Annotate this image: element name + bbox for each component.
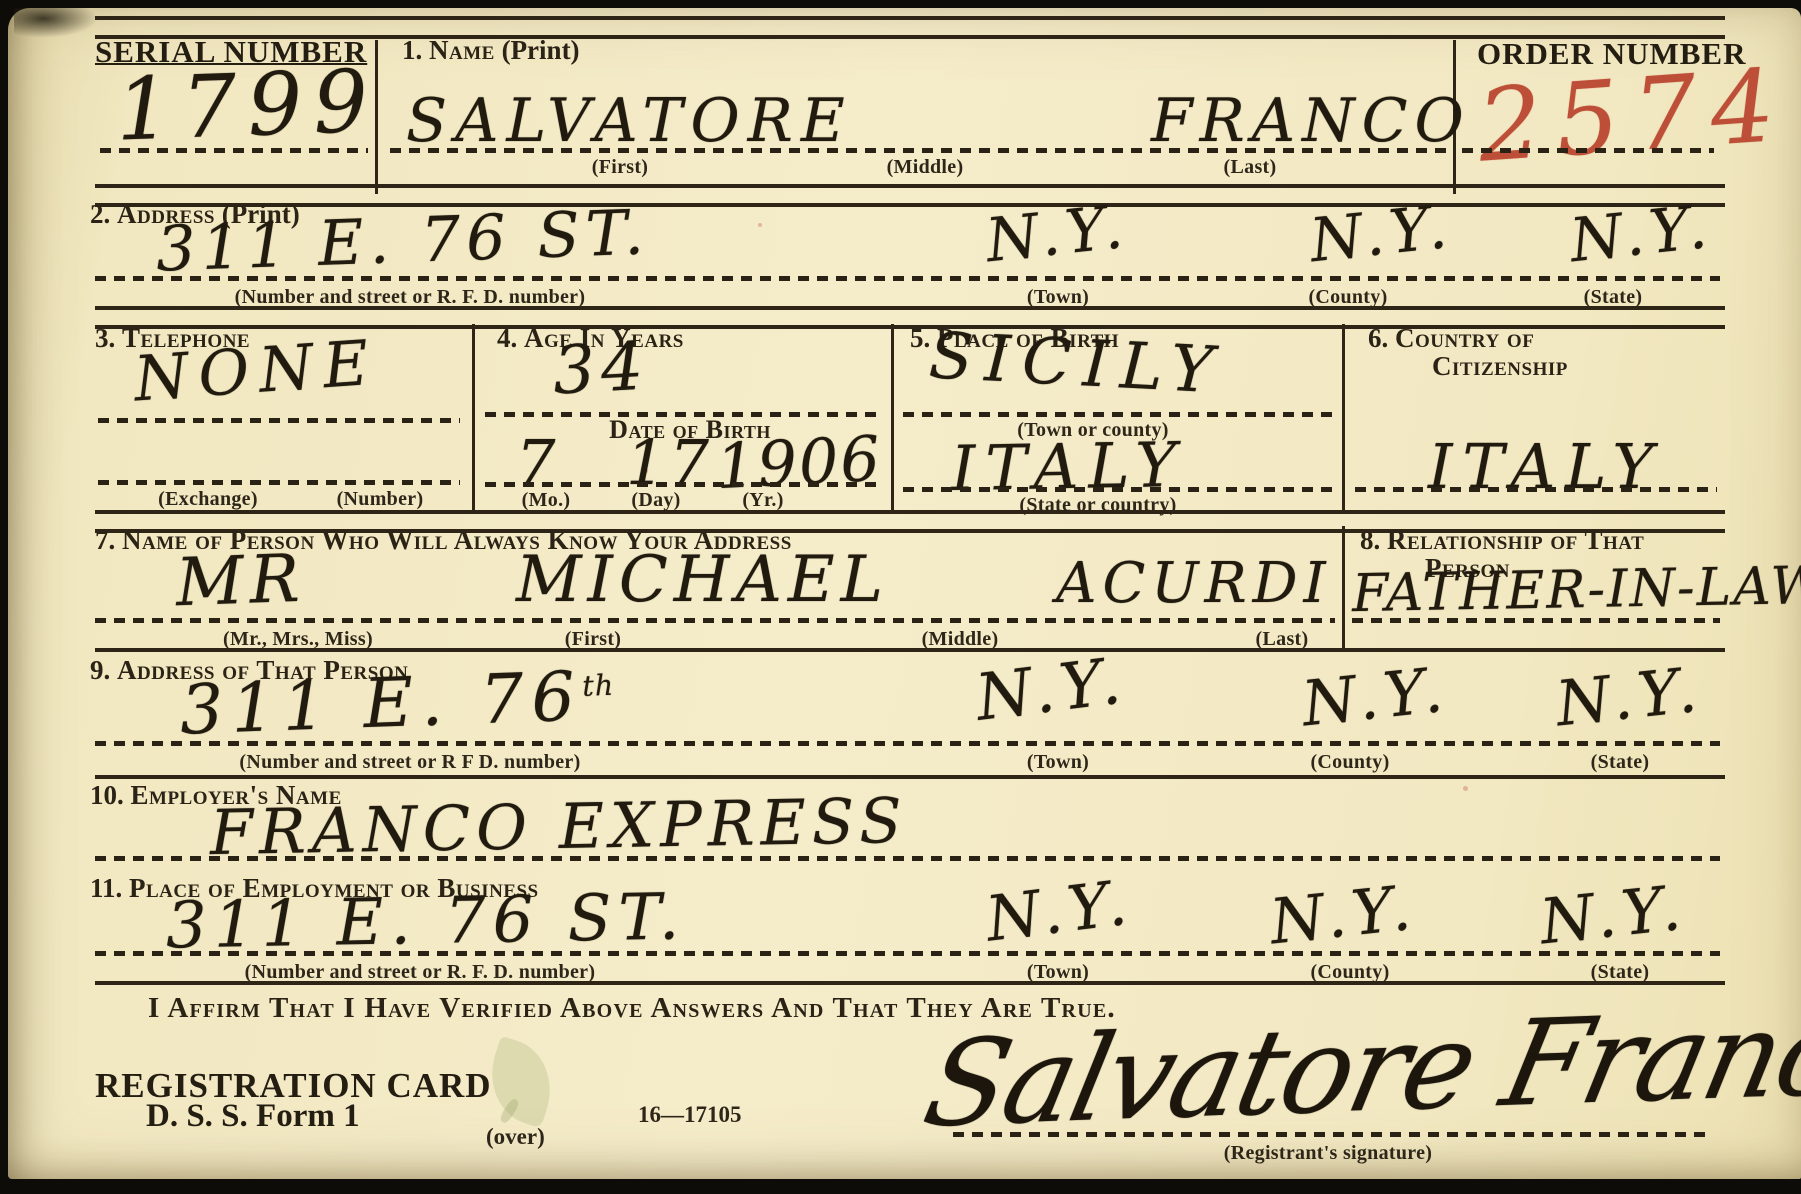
employment-street-value: 311 E. 76 ST.: [165, 885, 686, 958]
employment-place-number-prefix: 11.: [90, 873, 122, 903]
relationship-value: FATHER-IN-LAW: [1352, 560, 1801, 620]
citizenship-number-prefix: 6.: [1368, 323, 1388, 353]
telephone-sub-number: (Number): [337, 488, 424, 511]
birthplace-dotted-line-1: [903, 412, 1333, 417]
contact-address-state-value: N.Y.: [1553, 659, 1705, 736]
dob-dotted-line: [485, 482, 881, 487]
form-number-label: D. S. S. Form 1: [146, 1098, 360, 1135]
dob-sub-day: (Day): [631, 489, 680, 512]
contact-title-value: MR: [175, 546, 307, 616]
row7-8-bottom-rule: [95, 648, 1725, 652]
registration-card-scan: SERIAL NUMBER 1. Name (Print) ORDER NUMB…: [0, 0, 1801, 1194]
contact-address-number-prefix: 9.: [90, 655, 110, 685]
relationship-number-prefix: 8.: [1360, 525, 1380, 555]
row11-bottom-rule: [95, 981, 1725, 985]
address-town-value: N.Y.: [983, 197, 1131, 272]
telephone-dotted-line-1: [98, 418, 460, 423]
row3-6-divider-1: [472, 324, 475, 510]
address-state-value: N.Y.: [1567, 197, 1715, 272]
citizenship-label-line2: Citizenship: [1432, 352, 1568, 380]
order-number-value: 2574: [1475, 55, 1792, 176]
birthplace-town-value: SICILY: [928, 324, 1227, 403]
age-number-prefix: 4.: [497, 323, 517, 353]
contact-address-sub-town: (Town): [1027, 751, 1089, 774]
order-dotted-line: [1462, 148, 1714, 153]
name-field-number: 1.: [402, 35, 422, 65]
birthplace-dotted-line-2: [903, 487, 1333, 492]
card-paper: SERIAL NUMBER 1. Name (Print) ORDER NUMB…: [8, 8, 1801, 1179]
address-county-value: N.Y.: [1307, 197, 1455, 272]
row1-bottom-rule: [95, 184, 1725, 207]
contact-address-sub-street: (Number and street or R F D. number): [239, 751, 580, 774]
signature-sub-label: (Registrant's signature): [1224, 1142, 1432, 1165]
contact-first-value: MICHAEL: [516, 548, 889, 612]
name-first-value: SALVATORE: [406, 91, 853, 151]
address-field-number: 2.: [90, 199, 110, 229]
telephone-number-prefix: 3.: [95, 323, 115, 353]
employment-dotted-line: [95, 951, 1720, 956]
age-value: 34: [551, 334, 650, 405]
over-label: (over): [486, 1124, 545, 1150]
name-field-label: Name: [429, 35, 495, 65]
relationship-label-line1: Relationship of That: [1387, 525, 1644, 555]
dob-year-value: 1906: [714, 428, 883, 499]
name-dotted-line: [390, 148, 1446, 153]
telephone-value: NONE: [132, 332, 380, 411]
row3-6-divider-3: [1342, 324, 1345, 510]
name-sub-middle: (Middle): [887, 156, 964, 179]
serial-number-value: 1799: [115, 58, 381, 153]
contact-address-sub-county: (County): [1310, 751, 1389, 774]
row7-8-divider: [1342, 526, 1345, 650]
contact-last-value: ACURDI: [1056, 556, 1332, 612]
contact-address-county-value: N.Y.: [1299, 659, 1451, 736]
name-sub-last: (Last): [1224, 156, 1277, 179]
relationship-dotted-line: [1352, 618, 1720, 623]
contact-address-sub-state: (State): [1591, 751, 1650, 774]
citizenship-label-line1: Country of: [1395, 323, 1534, 353]
employer-value: FRANCO EXPRESS: [210, 790, 909, 864]
employment-county-value: N.Y.: [1267, 877, 1419, 954]
contact-address-town-value: N.Y.: [973, 649, 1130, 731]
print-code: 16—17105: [638, 1102, 742, 1128]
contact-address-dotted-line: [95, 741, 1720, 746]
name-sub-first: (First): [592, 156, 649, 179]
address-street-value: 311 E. 76 ST.: [155, 201, 651, 280]
dob-sub-year: (Yr.): [742, 489, 783, 512]
citizenship-dotted-line: [1355, 487, 1717, 492]
serial-dotted-line: [100, 148, 368, 153]
employment-state-value: N.Y.: [1537, 877, 1689, 954]
scan-smudge: [14, 8, 98, 38]
employer-number-prefix: 10.: [90, 780, 124, 810]
employment-town-value: N.Y.: [983, 871, 1136, 950]
employer-dotted-line: [95, 856, 1720, 861]
paper-speck: [758, 223, 762, 227]
name-field-paren: (Print): [502, 35, 580, 65]
paper-speck: [1463, 786, 1468, 791]
birthplace-number-prefix: 5.: [910, 323, 930, 353]
telephone-dotted-line-2: [98, 480, 460, 485]
row3-6-divider-2: [891, 324, 894, 510]
contact-number-prefix: 7.: [95, 525, 115, 555]
contact-address-street-value: 311 E. 76th: [179, 662, 616, 745]
contact-dotted-line: [95, 618, 1335, 623]
telephone-sub-exchange: (Exchange): [158, 488, 258, 511]
name-last-value: FRANCO: [1151, 91, 1471, 151]
row9-bottom-rule: [95, 775, 1725, 779]
dob-sub-month: (Mo.): [522, 489, 571, 512]
address-dotted-line: [95, 276, 1720, 281]
